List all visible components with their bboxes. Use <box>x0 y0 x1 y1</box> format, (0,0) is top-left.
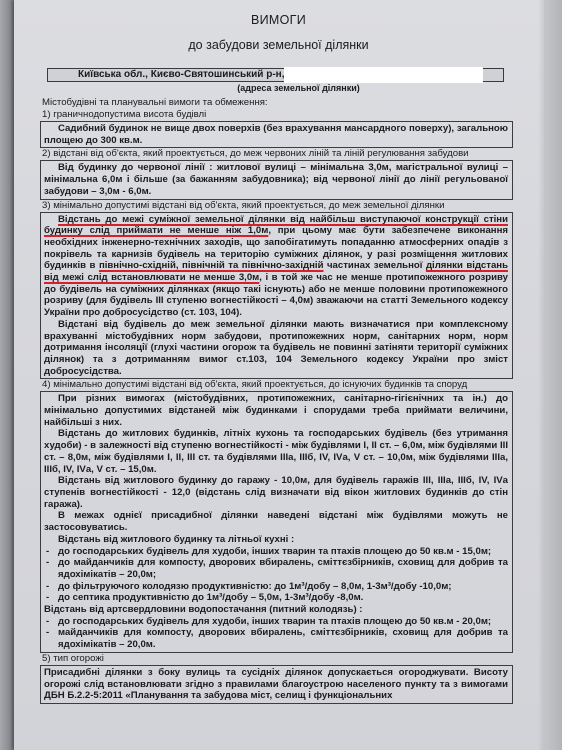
list-item: до фільтруючого колодязю продуктивністю:… <box>44 581 508 593</box>
section-2-box: Від будинку до червоної лінії : житлової… <box>40 160 513 199</box>
section-2-label: 2) відстані від об'єкта, який проектуєть… <box>42 148 517 160</box>
list-item: до майданчиків для компосту, дворових вб… <box>44 557 508 580</box>
section-2-text: Від будинку до червоної лінії : житлової… <box>44 162 508 197</box>
section-3-label: 3) мінімально допустимі відстані від об'… <box>42 200 517 212</box>
address-redaction <box>284 67 483 83</box>
address-caption: (адреса земельної ділянки) <box>40 83 517 94</box>
section-5-label: 5) тип огорожі <box>42 653 517 665</box>
document-content: ВИМОГИ до забудови земельної ділянки Киї… <box>40 10 517 704</box>
section-4-paragraph-6: Відстань від артсвердловини водопостачан… <box>44 604 508 616</box>
section-4-paragraph-2: Відстань до житлових будинків, літніх ку… <box>44 428 508 475</box>
section-3-box: Відстань до межі суміжної земельної діля… <box>40 212 513 380</box>
section-4-label: 4) мінімально допустимі відстані від об'… <box>42 379 517 391</box>
section-4-box: При різних вимогах (містобудівних, проти… <box>40 391 513 652</box>
section-3-paragraph-1: Відстань до межі суміжної земельної діля… <box>44 214 508 319</box>
section-3-text-b: частинах земельної <box>323 260 425 271</box>
background-left-edge <box>0 0 14 750</box>
section-4-paragraph-1: При різних вимогах (містобудівних, проти… <box>44 393 508 428</box>
section-5-box: Присадибні ділянки з боку вулиць та сусі… <box>40 665 513 704</box>
section-1-box: Садибний будинок не вище двох поверхів (… <box>40 121 513 148</box>
list-item: майданчиків для компосту, дворових вбира… <box>44 627 508 650</box>
background-right-edge <box>544 0 562 750</box>
address-value: Київська обл., Києво-Святошинський р-н, … <box>78 69 293 81</box>
document-title: ВИМОГИ <box>40 13 517 30</box>
list-item: до господарських будівель для худоби, ін… <box>44 546 508 558</box>
list-item: до септика продуктивністю до 1м³/добу – … <box>44 592 508 604</box>
requirements-intro: Містобудівні та планувальні вимоги та об… <box>42 97 517 109</box>
address-field: Київська обл., Києво-Святошинський р-н, … <box>47 68 504 82</box>
section-5-text: Присадибні ділянки з боку вулиць та сусі… <box>44 667 508 702</box>
highlight-2: північно-східній, північній та північно-… <box>99 260 324 271</box>
section-4-paragraph-3: Відстань від житлового будинку до гаражу… <box>44 475 508 510</box>
section-3-paragraph-2: Відстані від будівель до меж земельної д… <box>44 319 508 378</box>
section-1-label: 1) граничнодопустима висота будівлі <box>42 109 517 121</box>
section-4-paragraph-5: Відстань від житлового будинку та літньо… <box>44 534 508 546</box>
section-1-text: Садибний будинок не вище двох поверхів (… <box>44 123 508 146</box>
document-page: ВИМОГИ до забудови земельної ділянки Киї… <box>14 0 544 750</box>
section-4-paragraph-4: В межах однієї присадибної ділянки навед… <box>44 510 508 533</box>
list-item: до господарських будівель для худоби, ін… <box>44 616 508 628</box>
document-subtitle: до забудови земельної ділянки <box>40 38 517 55</box>
